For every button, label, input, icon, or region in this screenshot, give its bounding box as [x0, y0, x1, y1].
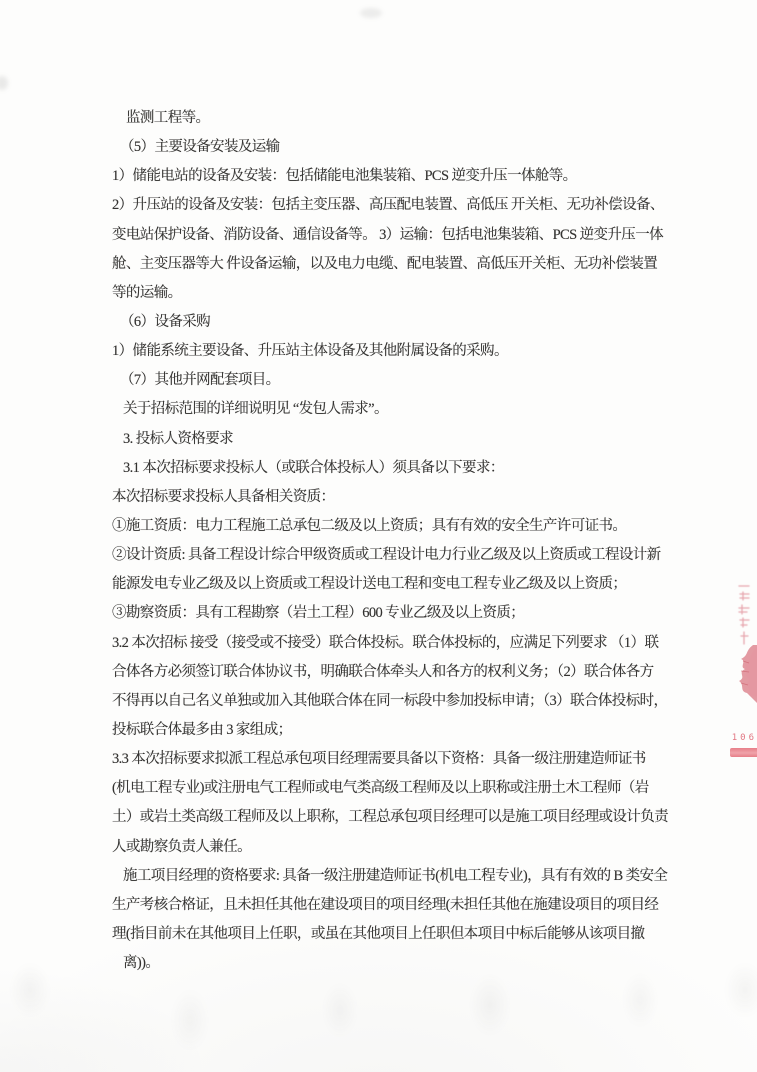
red-seal-fragment-blob	[731, 645, 757, 705]
text-line: （5）主要设备安装及运输	[112, 133, 678, 162]
text-line: ①施工资质：电力工程施工总承包二级及以上资质；具有有效的安全生产许可证书。	[112, 512, 678, 541]
text-line: ②设计资质: 具备工程设计综合甲级资质或工程设计电力行业乙级及以上资质或工程设计…	[112, 541, 678, 570]
text-line: 理(指目前未在其他项目上任职，或虽在其他项目上任职但本项目中标后能够从该项目撤	[112, 920, 678, 949]
text-line: 1）储能系统主要设备、升压站主体设备及其他附属设备的采购。	[112, 337, 678, 366]
scan-smudge	[0, 76, 8, 90]
text-line: 离))。	[112, 949, 678, 978]
text-line: 土）或岩土类高级工程师及以上职称，工程总承包项目经理可以是施工项目经理或设计负责	[112, 803, 678, 832]
text-line: 本次招标要求投标人具备相关资质：	[112, 483, 678, 512]
text-line: 舱、主变压器等大 件设备运输，以及电力电缆、配电装置、高低压开关柜、无功补偿装置	[112, 250, 678, 279]
text-line: (机电工程专业)或注册电气工程师或电气类高级工程师及以上职称或注册土木工程师（岩	[112, 774, 678, 803]
text-line: （6）设备采购	[112, 308, 678, 337]
text-line: 3.2 本次招标 接受（接受或不接受）联合体投标。联合体投标的，应满足下列要求 …	[112, 629, 678, 658]
text-line: 不得再以自己名义单独或加入其他联合体在同一标段中参加投标申请；（3）联合体投标时…	[112, 687, 678, 716]
text-line: 3. 投标人资格要求	[112, 425, 678, 454]
text-line: ③勘察资质：具有工程勘察（岩土工程）600 专业乙级及以上资质；	[112, 599, 678, 628]
red-seal-fragment-characters	[735, 584, 757, 646]
red-seal-bar	[730, 748, 757, 757]
document-body-text: 监测工程等。 （5）主要设备安装及运输 1）储能电站的设备及安装：包括储能电池集…	[112, 104, 678, 978]
text-line: 2）升压站的设备及安装：包括主变压器、高压配电装置、高低压 开关柜、无功补偿设备…	[112, 191, 678, 220]
text-line: 3.1 本次招标要求投标人（或联合体投标人）须具备以下要求：	[112, 454, 678, 483]
text-line: 3.3 本次招标要求拟派工程总承包项目经理需要具备以下资格：具备一级注册建造师证…	[112, 745, 678, 774]
text-line: 监测工程等。	[112, 104, 678, 133]
text-line: 等的运输。	[112, 279, 678, 308]
text-line: 1）储能电站的设备及安装：包括储能电池集装箱、PCS 逆变升压一体舱等。	[112, 162, 678, 191]
text-line: 关于招标范围的详细说明见 “发包人需求”。	[112, 395, 678, 424]
seal-page-number: 106	[724, 733, 757, 743]
text-line: 变电站保护设备、消防设备、通信设备等。 3）运输：包括电池集装箱、PCS 逆变升…	[112, 221, 678, 250]
text-line: 投标联合体最多由 3 家组成；	[112, 716, 678, 745]
text-line: 人或勘察负责人兼任。	[112, 833, 678, 862]
text-line: （7）其他并网配套项目。	[112, 366, 678, 395]
text-line: 生产考核合格证，且未担任其他在建设项目的项目经理(未担任其他在施建设项目的项目经	[112, 891, 678, 920]
text-line: 施工项目经理的资格要求: 具备一级注册建造师证书(机电工程专业)，具有有效的 B…	[112, 862, 678, 891]
text-line: 合体各方必须签订联合体协议书，明确联合体牵头人和各方的权利义务；（2）联合体各方	[112, 658, 678, 687]
scan-smudge	[360, 8, 382, 18]
scanned-document-page: 监测工程等。 （5）主要设备安装及运输 1）储能电站的设备及安装：包括储能电池集…	[0, 0, 757, 1072]
text-line: 能源发电专业乙级及以上资质或工程设计送电工程和变电工程专业乙级及以上资质；	[112, 570, 678, 599]
